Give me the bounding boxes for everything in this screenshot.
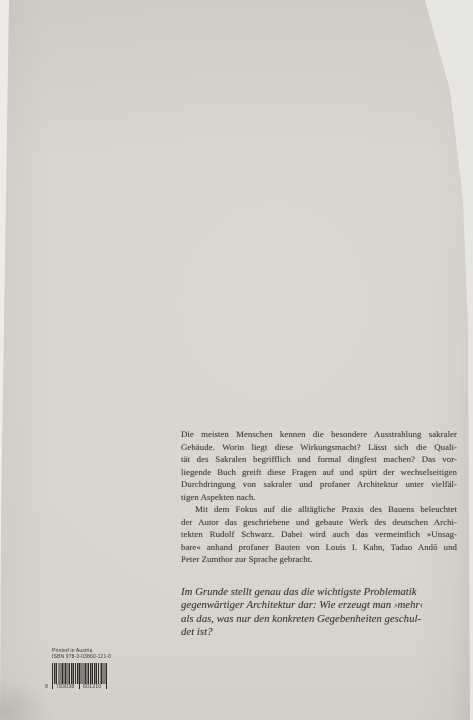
imprint-block: Printed in Austria ISBN 978-3-03860-121-… bbox=[52, 648, 111, 691]
blurb-line: liegende Buch greift diese Fragen auf un… bbox=[181, 466, 457, 479]
barcode-digits-group1: 783038 bbox=[56, 684, 75, 691]
barcode-digits: 9 783038 601210 bbox=[52, 684, 107, 691]
blurb-text: Die meisten Menschen kennen die besonder… bbox=[181, 428, 457, 566]
book-back-cover: Die meisten Menschen kennen die besonder… bbox=[0, 0, 473, 720]
blurb-paragraph-2: Mit dem Fokus auf die alltägliche Praxis… bbox=[181, 503, 457, 566]
blurb-line: bare« anhand profaner Bauten von Louis I… bbox=[181, 541, 457, 554]
blurb-line: Durchdringung von sakraler und profaner … bbox=[181, 478, 457, 491]
blurb-line: der Autor das geschriebene und gebaute W… bbox=[181, 516, 457, 529]
blurb-line: Mit dem Fokus auf die alltägliche Praxis… bbox=[181, 503, 457, 516]
quote-line: gegenwärtiger Architektur dar: Wie erzeu… bbox=[181, 599, 444, 612]
blurb-line: Die meisten Menschen kennen die besonder… bbox=[181, 428, 457, 441]
quote-line: als das, was nur den konkreten Gegebenhe… bbox=[181, 613, 444, 626]
blurb-line: Peter Zumthor zur Sprache gebracht. bbox=[181, 553, 457, 566]
blurb-line: tät des Sakralen begrifflich und formal … bbox=[181, 453, 457, 466]
blurb-line: tigen Aspekten nach. bbox=[181, 491, 457, 504]
quote-line: det ist? bbox=[181, 626, 444, 639]
quote-line: Im Grunde stellt genau das die wichtigst… bbox=[181, 586, 444, 599]
barcode-digits-group2: 601210 bbox=[83, 684, 102, 691]
quote-text: Im Grunde stellt genau das die wichtigst… bbox=[181, 586, 444, 640]
isbn-label: ISBN 978-3-03860-121-0 bbox=[52, 654, 111, 660]
blurb-line: Gebäude. Worin liegt diese Wirkungsmacht… bbox=[181, 441, 457, 454]
barcode: 9 783038 601210 bbox=[52, 663, 107, 691]
barcode-digit-lead: 9 bbox=[45, 684, 48, 691]
blurb-line: tekten Rudolf Schwarz. Dabei wird auch d… bbox=[181, 528, 457, 541]
book-photo: Die meisten Menschen kennen die besonder… bbox=[0, 0, 473, 720]
blurb-paragraph-1: Die meisten Menschen kennen die besonder… bbox=[181, 428, 457, 503]
